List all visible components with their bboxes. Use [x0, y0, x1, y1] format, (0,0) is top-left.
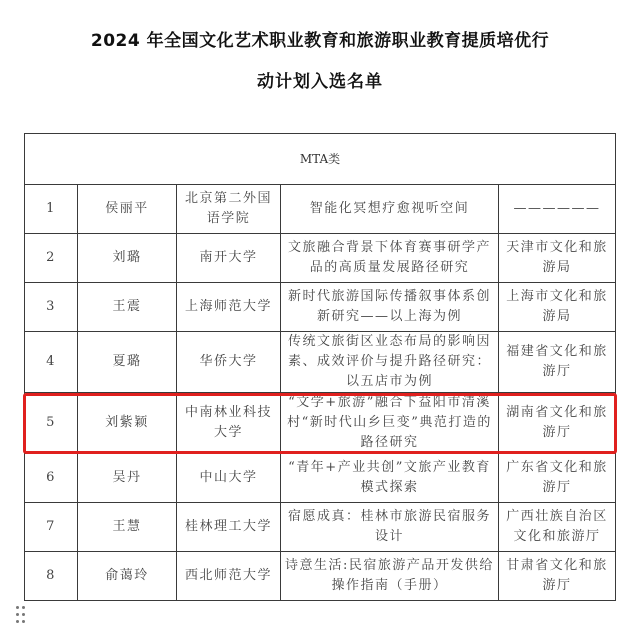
table-row: 7 王慧 桂林理工大学 宿愿成真：桂林市旅游民宿服务设计 广西壮族自治区文化和旅… [25, 503, 616, 552]
project-title: “青年+产业共创”文旅产业教育模式探索 [281, 454, 499, 503]
person-name: 王慧 [78, 503, 177, 552]
project-title: “文学+旅游”融合下益阳市清溪村“新时代山乡巨变”典范打造的路径研究 [281, 393, 499, 454]
person-name: 侯丽平 [78, 185, 177, 234]
person-name: 刘璐 [78, 234, 177, 283]
project-title: 文旅融合背景下体育赛事研学产品的高质量发展路径研究 [281, 234, 499, 283]
table-row: 1 侯丽平 北京第二外国语学院 智能化冥想疗愈视听空间 —————— [25, 185, 616, 234]
recommender: 天津市文化和旅游局 [499, 234, 616, 283]
person-name: 吴丹 [78, 454, 177, 503]
school-name: 中南林业科技大学 [177, 393, 281, 454]
table-row: 6 吴丹 中山大学 “青年+产业共创”文旅产业教育模式探索 广东省文化和旅游厅 [25, 454, 616, 503]
row-number: 2 [25, 234, 78, 283]
school-name: 南开大学 [177, 234, 281, 283]
document-title-line-2: 动计划入选名单 [0, 67, 640, 92]
school-name: 华侨大学 [177, 332, 281, 393]
school-name: 西北师范大学 [177, 552, 281, 601]
row-number: 1 [25, 185, 78, 234]
recommender: —————— [499, 185, 616, 234]
table-row: 4 夏璐 华侨大学 传统文旅街区业态布局的影响因素、成效评价与提升路径研究：以五… [25, 332, 616, 393]
recommender: 广东省文化和旅游厅 [499, 454, 616, 503]
school-name: 北京第二外国语学院 [177, 185, 281, 234]
person-name: 王震 [78, 283, 177, 332]
person-name: 俞蔼玲 [78, 552, 177, 601]
document-title-line-1: 2024 年全国文化艺术职业教育和旅游职业教育提质培优行 [0, 26, 640, 51]
recommender: 甘肃省文化和旅游厅 [499, 552, 616, 601]
category-header: MTA类 [25, 134, 616, 185]
school-name: 桂林理工大学 [177, 503, 281, 552]
row-number: 8 [25, 552, 78, 601]
recommender: 上海市文化和旅游局 [499, 283, 616, 332]
table-row: 8 俞蔼玲 西北师范大学 诗意生活:民宿旅游产品开发供给操作指南（手册） 甘肃省… [25, 552, 616, 601]
project-title: 传统文旅街区业态布局的影响因素、成效评价与提升路径研究：以五店市为例 [281, 332, 499, 393]
table-row-highlighted: 5 刘紫颖 中南林业科技大学 “文学+旅游”融合下益阳市清溪村“新时代山乡巨变”… [25, 393, 616, 454]
project-title: 智能化冥想疗愈视听空间 [281, 185, 499, 234]
drag-handle-icon[interactable] [14, 605, 28, 625]
row-number: 5 [25, 393, 78, 454]
recommender: 福建省文化和旅游厅 [499, 332, 616, 393]
project-title: 新时代旅游国际传播叙事体系创新研究——以上海为例 [281, 283, 499, 332]
school-name: 上海师范大学 [177, 283, 281, 332]
school-name: 中山大学 [177, 454, 281, 503]
table-row: 2 刘璐 南开大学 文旅融合背景下体育赛事研学产品的高质量发展路径研究 天津市文… [25, 234, 616, 283]
row-number: 4 [25, 332, 78, 393]
row-number: 6 [25, 454, 78, 503]
project-title: 诗意生活:民宿旅游产品开发供给操作指南（手册） [281, 552, 499, 601]
project-title: 宿愿成真：桂林市旅游民宿服务设计 [281, 503, 499, 552]
selection-list-table: MTA类 1 侯丽平 北京第二外国语学院 智能化冥想疗愈视听空间 —————— … [24, 133, 616, 601]
table-row: 3 王震 上海师范大学 新时代旅游国际传播叙事体系创新研究——以上海为例 上海市… [25, 283, 616, 332]
row-number: 7 [25, 503, 78, 552]
recommender: 广西壮族自治区文化和旅游厅 [499, 503, 616, 552]
recommender: 湖南省文化和旅游厅 [499, 393, 616, 454]
person-name: 刘紫颖 [78, 393, 177, 454]
person-name: 夏璐 [78, 332, 177, 393]
row-number: 3 [25, 283, 78, 332]
category-header-row: MTA类 [25, 134, 616, 185]
